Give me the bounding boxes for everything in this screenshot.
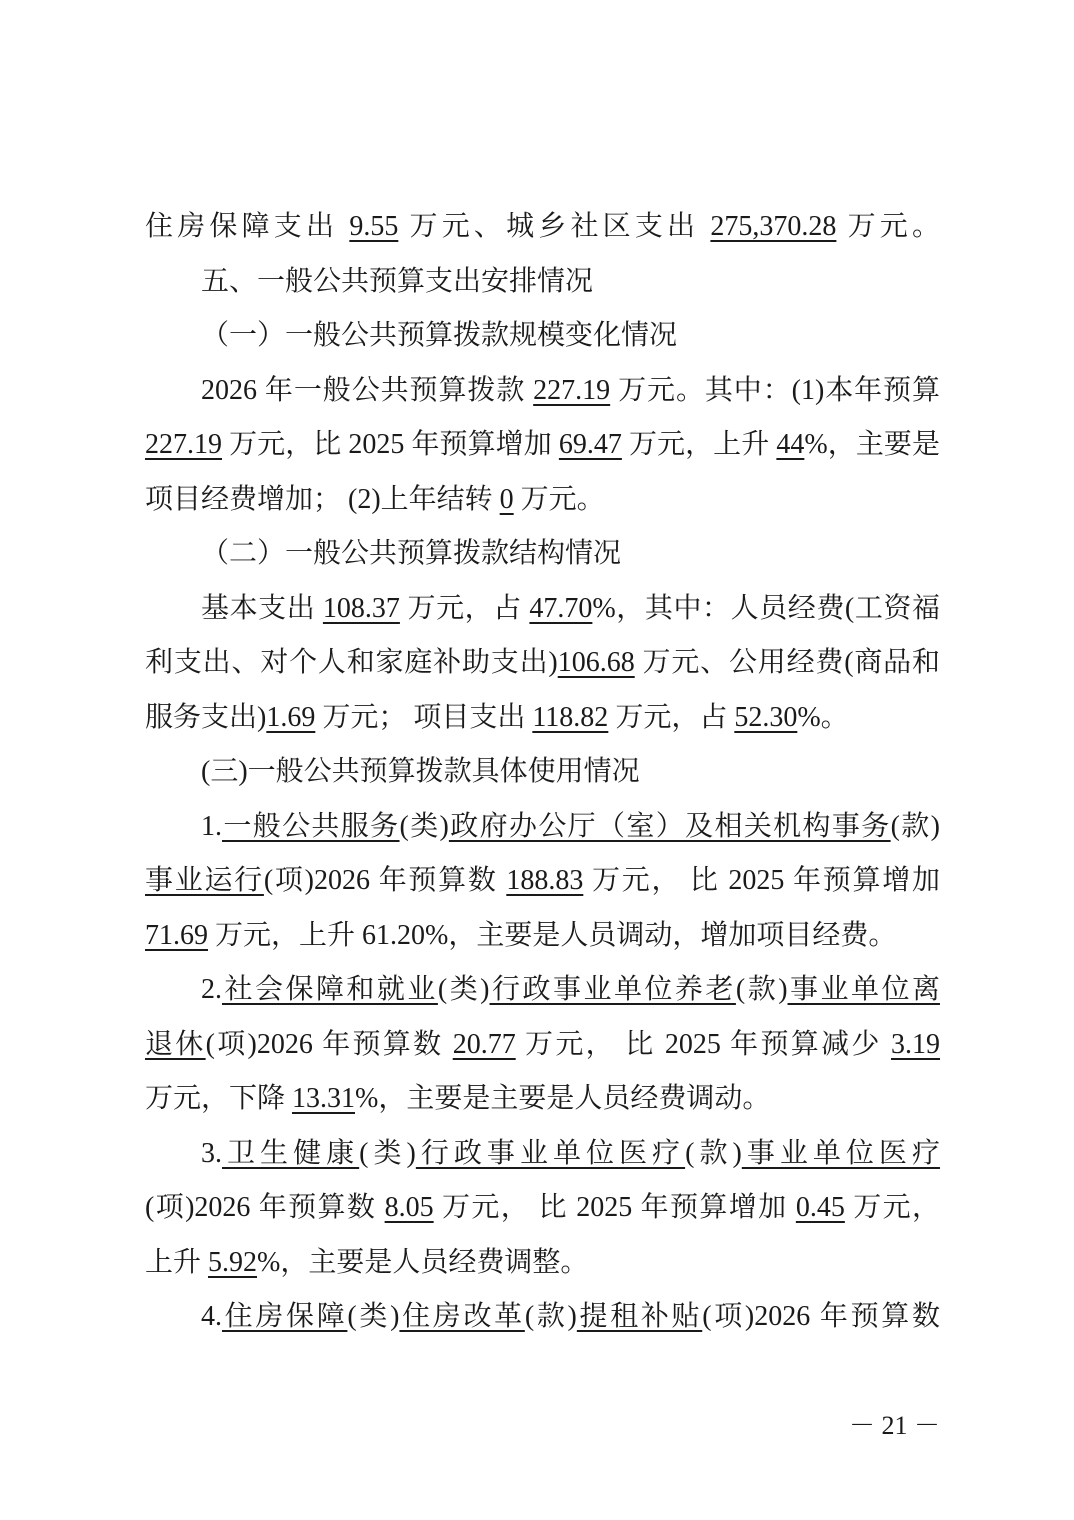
text-line: (三)一般公共预算拨款具体使用情况 [145, 745, 940, 800]
underlined-value: 1.69 [266, 702, 315, 733]
underlined-value: 69.47 [559, 429, 622, 460]
underlined-value: 3.19 [891, 1029, 940, 1060]
underlined-value: 一般公共服务 [222, 811, 400, 842]
text-segment: 万元，上升 [622, 429, 776, 460]
document-page: 住房保障支出 9.55 万元、城乡社区支出 275,370.28 万元。五、一般… [0, 0, 1074, 1520]
text-segment: 万元。 [836, 211, 940, 242]
underlined-value: 提租补贴 [577, 1301, 702, 1332]
text-segment: (款) [736, 974, 788, 1005]
underlined-value: 0.45 [796, 1192, 845, 1223]
text-segment: (类) [400, 811, 449, 842]
text-line: 基本支出 108.37 万元，占 47.70%，其中：人员经费(工资福 [145, 582, 940, 637]
text-line: 1.一般公共服务(类)政府办公厅（室）及相关机构事务(款) [145, 800, 940, 855]
text-segment: 五、一般公共预算支出安排情况 [201, 266, 593, 297]
underlined-value: 5.92 [208, 1247, 257, 1278]
text-line: 事业运行(项)2026 年预算数 188.83 万元， 比 2025 年预算增加 [145, 854, 940, 909]
text-segment: 万元、公用经费(商品和 [635, 647, 940, 678]
text-segment: （一）一般公共预算拨款规模变化情况 [201, 320, 677, 351]
text-line: （二）一般公共预算拨款结构情况 [145, 527, 940, 582]
page-number: － 21 － [145, 1405, 940, 1442]
text-segment: (类) [359, 1138, 416, 1169]
text-segment: (项)2026 年预算数 [264, 865, 506, 896]
text-segment: %，主要是 [804, 429, 940, 460]
text-segment: (类) [347, 1301, 399, 1332]
text-line: 227.19 万元，比 2025 年预算增加 69.47 万元，上升 44%，主… [145, 418, 940, 473]
underlined-value: 20.77 [453, 1029, 516, 1060]
text-segment: 住房保障支出 [145, 211, 349, 242]
text-line: （一）一般公共预算拨款规模变化情况 [145, 309, 940, 364]
text-segment: %，主要是主要是人员经费调动。 [355, 1083, 770, 1114]
text-segment: (项)2026 年预算数 [145, 1192, 385, 1223]
text-segment: %，其中：人员经费(工资福 [592, 593, 940, 624]
underlined-value: 44 [776, 429, 804, 460]
text-segment: 上升 [145, 1247, 208, 1278]
text-line: 上升 5.92%，主要是人员经费调整。 [145, 1236, 940, 1291]
text-line: 3.卫生健康(类)行政事业单位医疗(款)事业单位医疗 [145, 1127, 940, 1182]
underlined-value: 行政事业单位养老 [490, 974, 736, 1005]
underlined-value: 13.31 [292, 1083, 355, 1114]
text-segment: （二）一般公共预算拨款结构情况 [201, 538, 621, 569]
text-segment: 万元， [845, 1192, 940, 1223]
text-line: 住房保障支出 9.55 万元、城乡社区支出 275,370.28 万元。 [145, 200, 940, 255]
underlined-value: 47.70 [529, 593, 592, 624]
text-segment: 万元，占 [608, 702, 734, 733]
text-line: (项)2026 年预算数 8.05 万元， 比 2025 年预算增加 0.45 … [145, 1181, 940, 1236]
text-segment: 万元， 比 2025 年预算增加 [583, 865, 940, 896]
text-segment: %。 [797, 702, 848, 733]
text-line: 利支出、对个人和家庭补助支出)106.68 万元、公用经费(商品和 [145, 636, 940, 691]
underlined-value: 事业单位医疗 [742, 1138, 940, 1169]
underlined-value: 118.82 [532, 702, 608, 733]
underlined-value: 52.30 [734, 702, 797, 733]
text-segment: 万元，下降 [145, 1083, 292, 1114]
document-body: 住房保障支出 9.55 万元、城乡社区支出 275,370.28 万元。五、一般… [145, 200, 940, 1345]
text-segment: 万元，上升 61.20%，主要是人员调动，增加项目经费。 [208, 920, 896, 951]
underlined-value: 108.37 [323, 593, 400, 624]
text-segment: 万元， 比 2025 年预算增加 [434, 1192, 796, 1223]
text-segment: (项)2026 年预算数 [206, 1029, 453, 1060]
text-segment: (款) [891, 811, 940, 842]
text-segment: (项)2026 年预算数 [702, 1301, 940, 1332]
underlined-value: 106.68 [558, 647, 635, 678]
text-segment: 2026 年一般公共预算拨款 [201, 375, 533, 406]
text-segment: 利支出、对个人和家庭补助支出) [145, 647, 558, 678]
text-line: 退休(项)2026 年预算数 20.77 万元， 比 2025 年预算减少 3.… [145, 1018, 940, 1073]
text-segment: 万元， 比 2025 年预算减少 [516, 1029, 891, 1060]
text-line: 2026 年一般公共预算拨款 227.19 万元。其中：(1)本年预算 [145, 364, 940, 419]
underlined-value: 事业单位离 [788, 974, 940, 1005]
text-segment: 万元、城乡社区支出 [398, 211, 710, 242]
underlined-value: 住房保障 [222, 1301, 347, 1332]
underlined-value: 社会保障和就业 [222, 974, 438, 1005]
text-segment: 1. [201, 811, 222, 842]
underlined-value: 188.83 [506, 865, 583, 896]
text-segment: 4. [201, 1301, 222, 1332]
text-line: 服务支出)1.69 万元； 项目支出 118.82 万元，占 52.30%。 [145, 691, 940, 746]
underlined-value: 事业运行 [145, 865, 264, 896]
text-segment: (三)一般公共预算拨款具体使用情况 [201, 756, 640, 787]
underlined-value: 275,370.28 [710, 211, 836, 242]
text-line: 项目经费增加； (2)上年结转 0 万元。 [145, 473, 940, 528]
text-segment: 万元，比 2025 年预算增加 [222, 429, 559, 460]
text-segment: 万元。其中：(1)本年预算 [610, 375, 940, 406]
underlined-value: 8.05 [385, 1192, 434, 1223]
underlined-value: 0 [500, 484, 514, 515]
underlined-value: 9.55 [349, 211, 398, 242]
underlined-value: 71.69 [145, 920, 208, 951]
text-line: 71.69 万元，上升 61.20%，主要是人员调动，增加项目经费。 [145, 909, 940, 964]
underlined-value: 227.19 [533, 375, 610, 406]
underlined-value: 行政事业单位医疗 [416, 1138, 685, 1169]
text-segment: 项目经费增加； (2)上年结转 [145, 484, 500, 515]
text-line: 五、一般公共预算支出安排情况 [145, 255, 940, 310]
text-line: 万元，下降 13.31%，主要是主要是人员经费调动。 [145, 1072, 940, 1127]
underlined-value: 退休 [145, 1029, 206, 1060]
text-segment: 万元。 [514, 484, 605, 515]
underlined-value: 住房改革 [399, 1301, 524, 1332]
text-segment: (款) [525, 1301, 577, 1332]
text-segment: (类) [438, 974, 490, 1005]
text-segment: 3. [201, 1138, 222, 1169]
underlined-value: 卫生健康 [222, 1138, 359, 1169]
text-line: 4.住房保障(类)住房改革(款)提租补贴(项)2026 年预算数 [145, 1290, 940, 1345]
text-segment: 2. [201, 974, 222, 1005]
text-segment: 万元，占 [400, 593, 529, 624]
text-line: 2.社会保障和就业(类)行政事业单位养老(款)事业单位离 [145, 963, 940, 1018]
underlined-value: 227.19 [145, 429, 222, 460]
text-segment: (款) [685, 1138, 742, 1169]
text-segment: 万元； 项目支出 [315, 702, 532, 733]
text-segment: 基本支出 [201, 593, 323, 624]
text-segment: 服务支出) [145, 702, 266, 733]
text-segment: %，主要是人员经费调整。 [257, 1247, 588, 1278]
underlined-value: 政府办公厅（室）及相关机构事务 [449, 811, 891, 842]
